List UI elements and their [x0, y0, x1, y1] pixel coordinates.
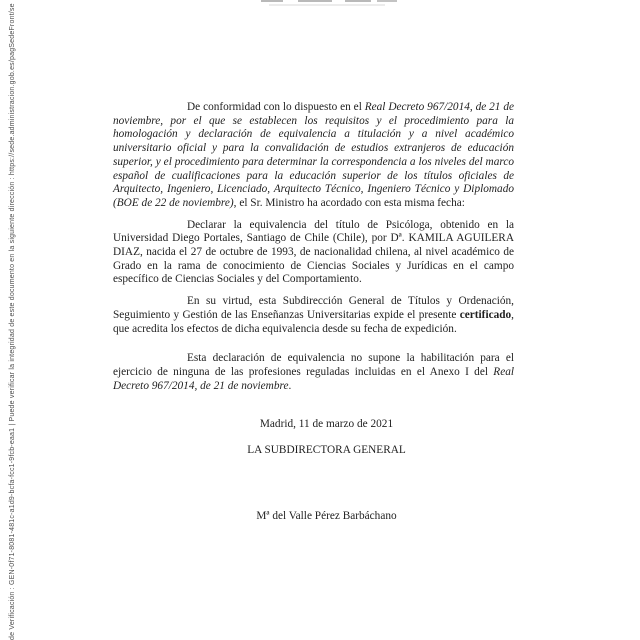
header-artifact-smudge	[269, 4, 385, 6]
letter-body: De conformidad con lo dispuesto en el Re…	[113, 101, 514, 523]
paragraph-legal-basis: De conformidad con lo dispuesto en el Re…	[113, 101, 514, 211]
header-artifact-dash	[298, 0, 332, 2]
header-artifact-dash	[345, 0, 371, 2]
header-artifact-dash	[261, 0, 283, 2]
verification-code-sidebar-text: de Verificación : GEN-0f71-8081-481c-a1d…	[9, 3, 16, 640]
document-page: de Verificación : GEN-0f71-8081-481c-a1d…	[0, 0, 640, 640]
paragraph-certificate: En su virtud, esta Subdirección General …	[113, 295, 514, 336]
header-artifact-dash	[377, 0, 397, 2]
paragraph-declaration: Declarar la equivalencia del título de P…	[113, 219, 514, 288]
date-line: Madrid, 11 de marzo de 2021	[113, 418, 514, 432]
signature-name: Mª del Valle Pérez Barbáchano	[113, 510, 514, 524]
paragraph-disclaimer: Esta declaración de equivalencia no supo…	[113, 352, 514, 393]
signature-title: LA SUBDIRECTORA GENERAL	[113, 444, 514, 458]
cropped-header-artifact	[261, 0, 401, 7]
